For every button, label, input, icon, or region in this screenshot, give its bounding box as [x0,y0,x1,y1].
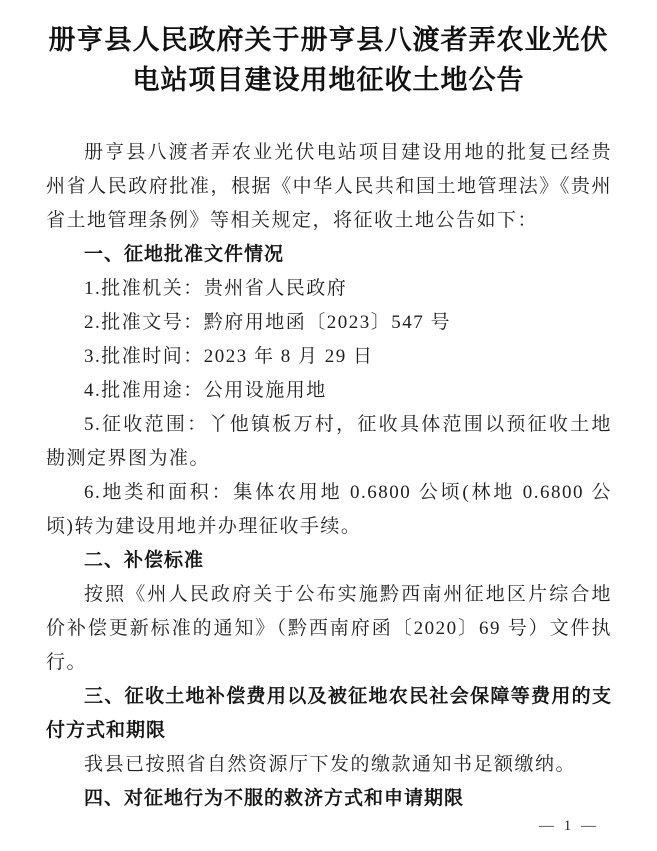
section-heading: 二、补偿标准 [46,544,612,578]
section-heading: 四、对征地行为不服的救济方式和申请期限 [46,782,612,816]
section-heading: 三、征收土地补偿费用以及被征地农民社会保障等费用的支付方式和期限 [46,680,612,748]
document-page: 册亨县人民政府关于册亨县八渡者弄农业光伏 电站项目建设用地征收土地公告 册亨县八… [0,0,657,851]
paragraph: 2.批准文号：黔府用地函〔2023〕547 号 [46,306,612,340]
document-title-line1: 册亨县人民政府关于册亨县八渡者弄农业光伏 [49,25,609,55]
paragraph: 3.批准时间：2023 年 8 月 29 日 [46,340,612,374]
page-number: — 1 — [539,818,599,835]
paragraph: 6.地类和面积：集体农用地 0.6800 公顷(林地 0.6800 公顷)转为建… [46,476,612,544]
paragraph: 我县已按照省自然资源厅下发的缴款通知书足额缴纳。 [46,748,612,782]
paragraph: 1.批准机关：贵州省人民政府 [46,272,612,306]
paragraph: 5.征收范围：丫他镇板万村，征收具体范围以预征收土地勘测定界图为准。 [46,408,612,476]
paragraph: 4.批准用途：公用设施用地 [46,374,612,408]
paragraph: 册亨县八渡者弄农业光伏电站项目建设用地的批复已经贵州省人民政府批准，根据《中华人… [46,136,612,238]
document-title-line2: 电站项目建设用地征收土地公告 [133,65,525,95]
document-title: 册亨县人民政府关于册亨县八渡者弄农业光伏 电站项目建设用地征收土地公告 [38,20,619,100]
document-body: 册亨县八渡者弄农业光伏电站项目建设用地的批复已经贵州省人民政府批准，根据《中华人… [46,136,612,816]
section-heading: 一、征地批准文件情况 [46,238,612,272]
paragraph: 按照《州人民政府关于公布实施黔西南州征地区片综合地价补偿更新标准的通知》（黔西南… [46,578,612,680]
